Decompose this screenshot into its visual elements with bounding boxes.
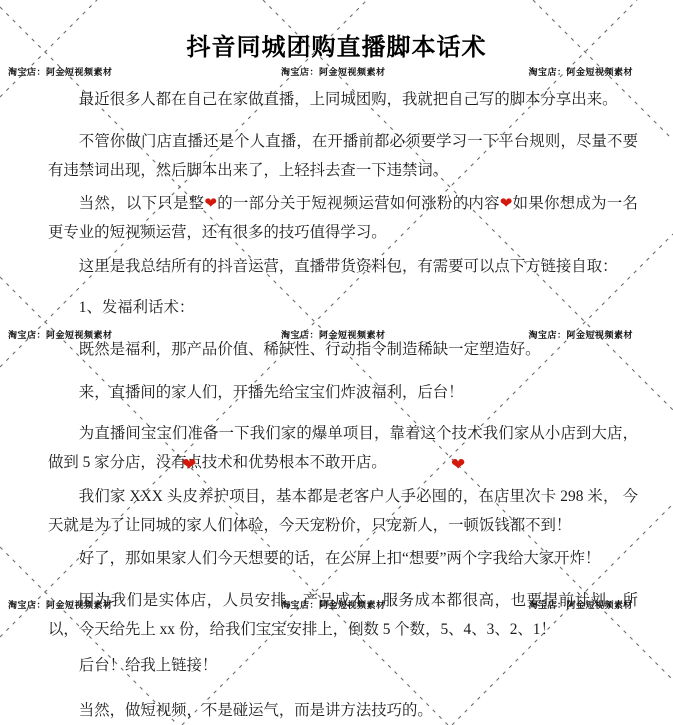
heart-icon: ❤: [500, 194, 513, 212]
paragraph-text: 当然，以下只是整: [79, 195, 205, 212]
paragraph-scalp-care: 我们家 XXX 头皮养护项目，基本都是老客户人手必囤的，在店里次卡 298 米，…: [48, 482, 638, 540]
watermark-text: 淘宝店：阿金短视频素材: [528, 65, 633, 78]
paragraph-closing-note: 当然，做短视频，不是碰运气，而是讲方法技巧的。: [48, 696, 638, 725]
watermark-text: 淘宝店：阿金短视频素材: [8, 65, 113, 78]
watermark-text: 淘宝店：阿金短视频素材: [281, 65, 386, 78]
document-page: 淘宝店：阿金短视频素材 淘宝店：阿金短视频素材 淘宝店：阿金短视频素材 淘宝店：…: [0, 0, 673, 725]
paragraph-resource-pack: 这里是我总结所有的抖音运营，直播带货资料包，有需要可以点下方链接自取：: [48, 252, 638, 281]
paragraph-intro: 最近很多人都在自己在家做直播，上同城团购，我就把自己写的脚本分享出来。: [48, 85, 638, 114]
paragraph-benefit-shaping: 既然是福利，那产品价值、稀缺性、行动指令制造稀缺一定塑造好。: [48, 335, 638, 364]
paragraph-content-note: 当然，以下只是整❤的一部分关于短视频运营如何涨粉的内容❤如果你想成为一名更专业的…: [48, 189, 638, 247]
paragraph-want-comment: 好了，那如果家人们今天想要的话，在公屏上扣“想要”两个字我给大家开炸！: [48, 544, 638, 573]
page-title: 抖音同城团购直播脚本话术: [0, 27, 673, 62]
paragraph-text: 的一部分关于短视频运营如何涨粉的内容: [217, 195, 500, 212]
heart-icon: ❤: [451, 457, 465, 474]
heart-icon: ❤: [182, 457, 196, 474]
paragraph-countdown: 因为我们是实体店，人员安排，产品成本，服务成本都很高，也要提前计划，所以，今天给…: [48, 586, 638, 644]
heart-icon: ❤: [204, 194, 217, 212]
paragraph-hot-project: 为直播间宝宝们准备一下我们家的爆单项目，靠着这个技术我们家从小店到大店，做到 5…: [48, 419, 638, 477]
paragraph-opening-line: 来，直播间的家人们，开播先给宝宝们炸波福利，后台！: [48, 378, 638, 407]
section-heading-benefit: 1、发福利话术：: [48, 293, 638, 322]
paragraph-backstage-link: 后台！给我上链接！: [48, 651, 638, 680]
paragraph-platform-rules: 不管你做门店直播还是个人直播，在开播前都必须要学习一下平台规则，尽量不要有违禁词…: [48, 127, 638, 185]
